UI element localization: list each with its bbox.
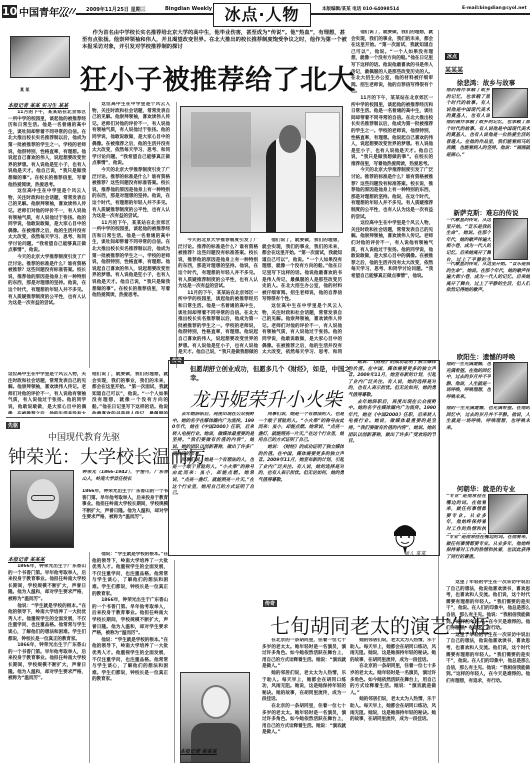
lead-headline: 狂小子被推荐给了北大 [80,58,355,97]
sidebar-photo [493,362,528,404]
sidebar-tag: 冰点 [445,53,459,60]
zhong-bio: 钟荣光（1866-1942），字惺可，广东香山人，岭南大学首任校长 [82,470,168,486]
editor-info: 本版编辑/某某 电话 010-64098514 [320,6,401,12]
lead-column-1-cont: 这位高中生在中学里是个风云人物，关注时政和社会话题，常常发表自己的见解。他崇拜领… [8,372,86,414]
boxed-column-3: 她说：《财经》的成功证明了独立媒体的价值。在中国，媒体需要更多的独立声音。200… [348,360,436,506]
student-photo [180,106,343,233]
paragraph: 11月的下午，某某站在北京郊区一所中学的校园里，谈起他的被推荐经历和日常生活。他… [351,96,433,169]
boxed-column-1: 去年她辞职后，再度出现在公众视野中。她的名字在媒体圈内广为流传。1990年代，她… [172,412,254,552]
lead-byline: 本报记者 某某 实习生 某某 [8,102,68,109]
column-divider [176,102,177,368]
paragraph: 他说：“学生就是学校的根本。”在他的领导下，岭南大学培养了一大批优秀人才。他重视… [92,552,168,598]
lead-column-1: 11月的下午，某某站在北京郊区一所中学的校园里，谈起他的被推荐经历和日常生活。他… [8,110,86,368]
lead-column-2: 这位高中生在中学里是个风云人物，关注时政和社会话题，常常发表自己的见解。他崇拜领… [92,102,170,368]
paragraph: 今天的北京大学推荐制度引发了广泛讨论。推荐的标准是什么？谁有资格被推荐？这些问题… [8,255,86,308]
zhong-column-1: 1866年，钟荣光出生于广东香山的一个书香门第。早年他考取举人，后来投身于教育事… [8,564,86,763]
paragraph: 她的邻居们说，老太太为人热情，乐于助人。每天早上，她都会在胡同口练功，风雨无阻。… [350,697,436,723]
hutong-column-2: 她的邻居们说，老太太为人热情，乐于助人。每天早上，她都会在胡同口练功，风雨无阻。… [350,638,436,763]
paragraph: 在北京的一条胡同里，住着一位七十多岁的老太太。她年轻时是一名演员，演过许多角色。… [350,664,436,697]
paragraph: 今天的北京大学推荐制度引发了广泛讨论。推荐的标准是什么？谁有资格被推荐？这些问题… [92,168,170,221]
sidebar-text: 一代歌星的传奇，从这里开始。“音乐是我的生命”，她说。在那个年代，她的歌声传遍大… [446,262,530,346]
sidebar-text: “专业”是他常挂在嘴边的词。在他看来，做任何事情都要专业。从业多年，他始终保持着… [446,535,530,563]
paragraph: 她说：《财经》的成功证明了独立媒体的价值。在中国，媒体需要更多的独立声音。200… [258,445,344,485]
sidebar-item-title: 何朝华：就是的专业 [442,484,530,493]
paragraph: 这位高中生在中学里是个风云人物，关注时政和社会话题，常常发表自己的见解。他崇拜领… [262,304,342,354]
sidebar-photo [488,494,528,534]
feature-tag: 先驱 [6,422,20,429]
sidebar-text: 他的画作承载了故乡的记忆，也承载了那个时代的故事。有人说他是中国现代美术的奠基人… [446,88,490,118]
feature-subhead: 中国现代教育先驱 [48,430,120,443]
paragraph: 同事们说，她是一个有想法的人，也是一个敢于冒险的人。“小火柴”的称号由此而来：虽… [258,412,344,445]
sidebar-text: “专业”是他常挂在嘴边的词。在他看来，做任何事情都要专业。从业多年，他始终保持着… [446,494,486,534]
hutong-headline: 七旬胡同老太的演艺生涯 [270,610,490,639]
hutong-byline: 本报记者 某某某 [180,748,217,755]
sidebar-text: 他的画作承载了故乡的记忆，也承载了那个时代的故事。有人说他是中国现代美术的奠基人… [446,120,530,204]
photo-caption: 某 某 [20,87,29,93]
paragraph: 她的邻居们说，老太太为人热情，乐于助人。每天早上，她都会在胡同口练功，风雨无阻。… [350,638,436,664]
paragraph: 今天的北京大学推荐制度引发了广泛讨论。推荐的标准是什么？谁有资格被推荐？这些问题… [351,168,433,221]
sidebar-bottom-text: 这里了年轻的学生在一次采访中说出了自己的想法，他说他喜欢读书，喜欢思考，也喜欢和… [446,580,530,760]
paragraph: 1866年，钟荣光出生于广东香山的一个书香门第。早年他考取举人，后来投身于教育事… [8,643,86,683]
glasses [31,495,55,501]
caricature-signature: 插人 某某 [404,550,426,557]
boxed-quote: 但愿胡舒立创业成功，但愿多几个《财经》，如是，中国之幸。 [190,366,360,383]
paragraph: 他说：“学生就是学校的根本。”在他的领导下，岭南大学培养了一大批优秀人才。他重视… [8,604,86,644]
lead-intro: 作为首名由中学校长实名推荐给北京大学的高中生，他毕业伤害，甚至成为“传说”。他“… [82,30,347,51]
paragraph: 他们说了，就要做，我们的理想，就会实现，我们的事业，我们的未来，都会在这里开始。… [351,30,433,96]
zhong-text: 1866年，钟荣光出生于广东香山的一个书香门第。早年他考取举人，后来投身于教育事… [82,489,168,549]
paragraph: 这位高中生在中学里是个风云人物，关注时政和社会话题，常常发表自己的见解。他崇拜领… [92,102,170,168]
paragraph: 她说：《财经》的成功证明了独立媒体的价值。在中国，媒体需要更多的独立声音。200… [348,360,436,400]
paragraph: 这位高中生在中学里是个风云人物，关注时政和社会话题，常常发表自己的见解。他崇拜领… [351,221,433,280]
page-header: 10 中国青年报 2009年11月25日 星期三 Bingdian Weekly… [0,0,530,22]
sidebar-item-title: 欧阳生：遗憾的呼唤 [442,352,530,361]
caricature-drawing [386,520,424,554]
paragraph: 1866年，钟荣光出生于广东香山的一个书香门第。早年他考取举人，后来投身于教育事… [92,598,168,638]
section-divider [6,417,168,418]
hutong-column-1: 在北京的一条胡同里，住着一位七十多岁的老太太。她年轻时是一名演员，演过许多角色。… [262,638,346,763]
column-divider [89,552,90,763]
issue-date: 2009年11月25日 星期三 [84,6,148,13]
section-title: 冰点·人物 [213,3,311,27]
boxed-headline: 龙丹妮荣升小火柴 [190,385,342,412]
paragraph: 去年她辞职后，再度出现在公众视野中。她的名字在媒体圈内广为流传。1990年代，她… [348,400,436,446]
sidebar-photo [492,88,528,118]
hatch-decoration [58,8,76,14]
paragraph: 这位高中生在中学里是个风云人物，关注时政和社会话题，常常发表自己的见解。他崇拜领… [8,189,86,255]
hutong-tag: 传奇 [263,600,277,607]
paragraph: 在北京的一条胡同里，住着一位七十多岁的老太太。她年轻时是一名演员，演过许多角色。… [262,704,346,737]
paragraph: 去年她辞职后，再度出现在公众视野中。她的名字在媒体圈内广为流传。1990年代，她… [172,412,254,458]
paragraph: 同事们说，她是一个有想法的人，也是一个敢于冒险的人。“小火柴”的称号由此而来：虽… [172,458,254,498]
sidebar-text: 他的一生充满遗憾，也充满希望。在他的回忆中，过去的岁月并不平静。他说，人生就是一… [446,406,530,480]
page-number: 10 [2,5,17,18]
zhong-byline: 本报记者 某某某 [8,556,45,563]
old-lady-body [191,723,241,763]
lead-column-3: 今天的北京大学推荐制度引发了广泛讨论。推荐的标准是什么？谁有资格被推荐？这些问题… [178,238,258,354]
lead-column-5: 他们说了，就要做，我们的理想，就会实现，我们的事业，我们的未来，都会在这里开始。… [351,30,433,354]
sidebar-columnist: 某某某 [445,65,463,74]
paragraph: 她的邻居们说，老太太为人热情，乐于助人。每天早上，她都会在胡同口练功，风雨无阻。… [262,671,346,704]
column-divider [89,102,90,368]
paragraph: 他说：“学生就是学校的根本。”在他的领导下，岭南大学培养了一大批优秀人才。他重视… [92,638,168,684]
sidebar-text: 他的一生充满遗憾，也充满希望。在他的回忆中，过去的岁月并不平静。他说，人生就是一… [446,362,491,406]
sidebar-item-title: 新萨克斯：难忘的传说 [442,208,530,217]
sidebar-photo [493,218,528,260]
portrait-photo [10,36,70,78]
column-divider [174,560,175,763]
paragraph: 今天的北京大学推荐制度引发了广泛讨论。推荐的标准是什么？谁有资格被推荐？这些问题… [178,238,258,291]
wall-map [191,112,251,167]
paragraph: 这里了年轻的学生在一次采访中说出了自己的想法，他说他喜欢读书，喜欢思考，也喜欢和… [446,633,530,686]
old-lady-face [201,685,231,719]
sidebar-item-title: 徐悲鸿：故乡与故事 [442,78,530,87]
desk [181,197,251,232]
english-title: Bingdian Weekly [163,6,214,12]
lead-column-2-cont: 他们说了，就要做，我们的理想，就会实现，我们的事业，我们的未来，都会在这里开始。… [92,372,168,414]
paragraph: 11月的下午，某某站在北京郊区一所中学的校园里，谈起他的被推荐经历和日常生活。他… [178,291,258,354]
zhong-portrait [10,470,74,548]
paragraph: 他们说了，就要做，我们的理想，就会实现，我们的事业，我们的未来，都会在这里开始。… [262,238,342,304]
sidebar-text: 一代歌星的传奇，从这里开始。“音乐是我的生命”，她说。在那个年代，她的歌声传遍大… [446,218,491,262]
lead-column-4: 他们说了，就要做，我们的理想，就会实现，我们的事业，我们的未来，都会在这里开始。… [262,238,342,354]
editor-email: E-mail:bingdian@cyol.net [460,6,529,11]
paragraph: 11月的下午，某某站在北京郊区一所中学的校园里，谈起他的被推荐经历和日常生活。他… [92,221,170,300]
paragraph: 11月的下午，某某站在北京郊区一所中学的校园里，谈起他的被推荐经历和日常生活。他… [8,110,86,189]
zhong-column-2: 他说：“学生就是学校的根本。”在他的领导下，岭南大学培养了一大批优秀人才。他重视… [92,552,168,763]
student-head [279,125,301,153]
boxed-column-2: 同事们说，她是一个有想法的人，也是一个敢于冒险的人。“小火柴”的称号由此而来：虽… [258,412,344,552]
paragraph: 在北京的一条胡同里，住着一位七十多岁的老太太。她年轻时是一名演员，演过许多角色。… [262,638,346,671]
paragraph: 1866年，钟荣光出生于广东香山的一个书香门第。早年他考取举人，后来投身于教育事… [8,564,86,604]
